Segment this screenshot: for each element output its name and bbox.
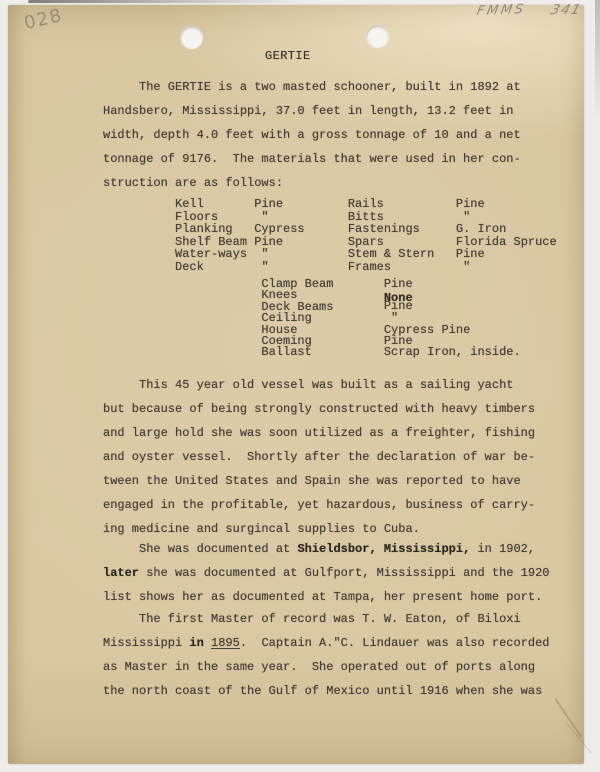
materials-table-primary: Kell Pine Rails Pine Floors " Bitts " Pl…: [103, 198, 557, 273]
paragraph-introduction: The GERTIE is a two masted schooner, bui…: [103, 75, 521, 195]
paragraph-history: This 45 year old vessel was built as a s…: [103, 373, 535, 541]
paragraph-documentation: She was documented at Shieldsbor, Missis…: [103, 537, 549, 609]
handwritten-page-number: 341: [549, 2, 584, 18]
paragraph-masters: The first Master of record was T. W. Eat…: [103, 607, 550, 703]
scanner-edge-artifact-right: [595, 0, 600, 120]
materials-table-secondary: Clamp Beam Pine Knees None Deck Beams Pi…: [103, 279, 521, 359]
scanned-document-page: 028 FMMS 341 GERTIE The GERTIE is a two …: [0, 0, 600, 772]
hole-punch-left: [180, 26, 203, 49]
hole-punch-right: [366, 25, 389, 48]
handwritten-archive-code: FMMS: [476, 2, 527, 19]
document-title: GERTIE: [265, 49, 311, 63]
scanner-edge-artifact: [28, 0, 308, 3]
